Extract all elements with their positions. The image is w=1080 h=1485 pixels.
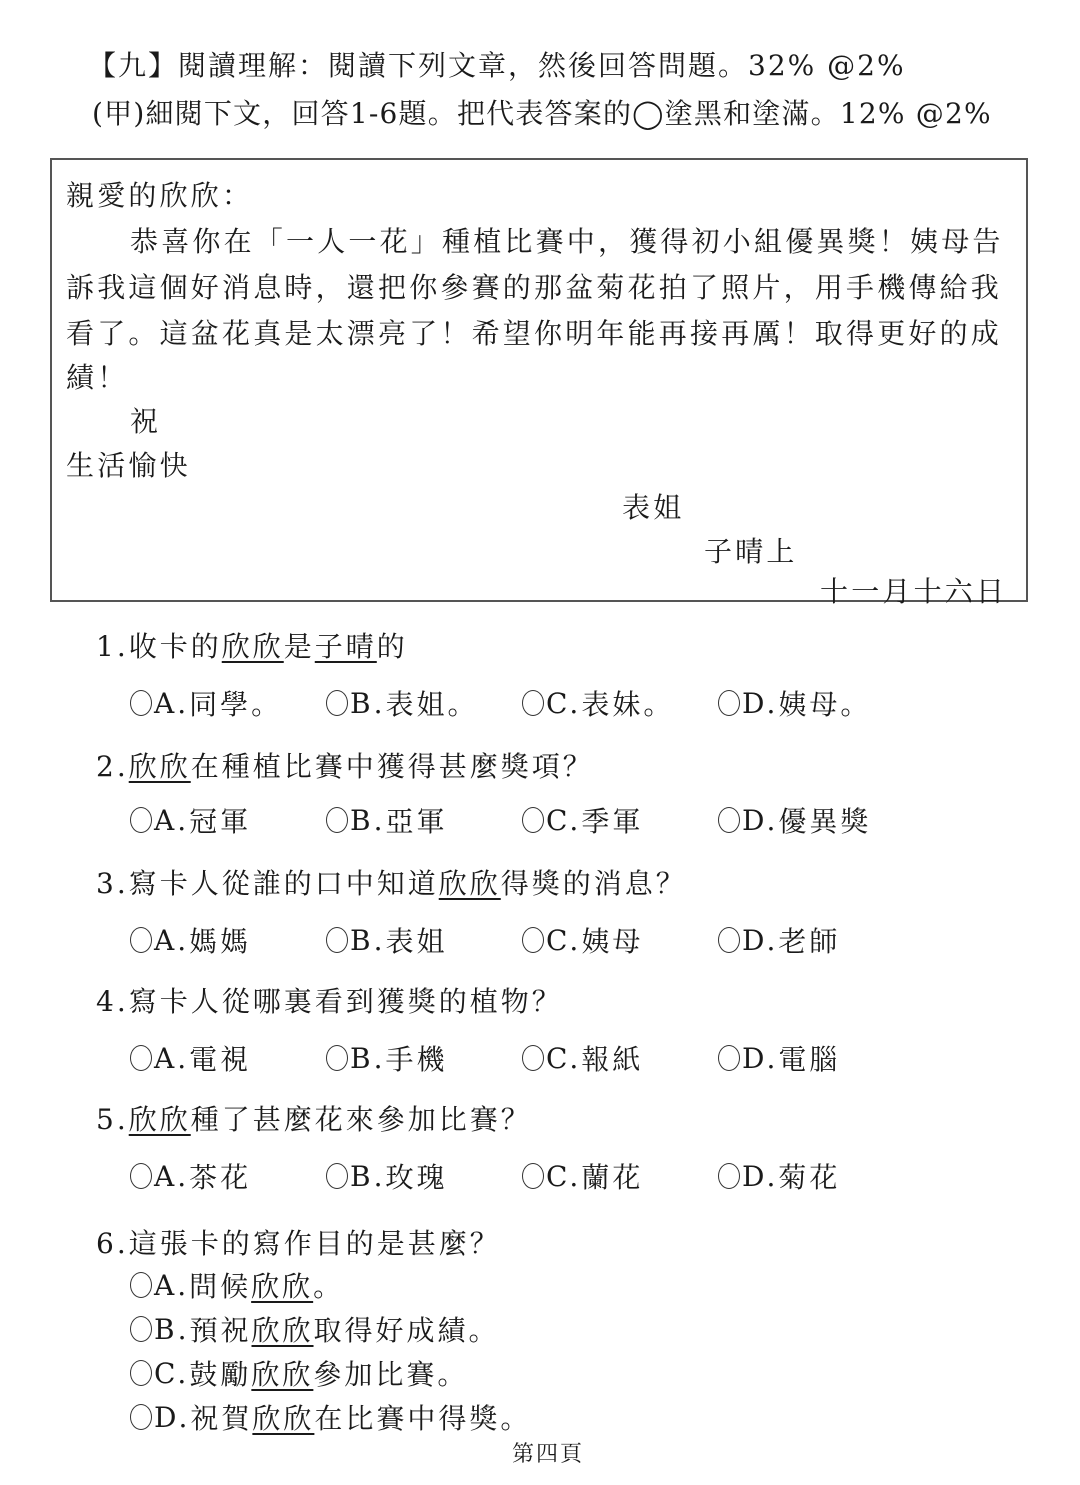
question-5-option-d[interactable]: D.菊花 bbox=[718, 1156, 840, 1196]
question-1-option-b[interactable]: B.表姐。 bbox=[326, 683, 479, 723]
question-3-option-a[interactable]: A.媽媽 bbox=[130, 920, 251, 960]
question-text-part: 種了甚麼花來參加比賽？ bbox=[191, 1103, 532, 1136]
underlined-name: 欣欣 bbox=[252, 1309, 314, 1349]
option-text: 問候 bbox=[189, 1265, 251, 1305]
option-text: 姨母。 bbox=[778, 683, 871, 723]
question-1-option-a[interactable]: A.同學。 bbox=[130, 683, 282, 723]
option-letter: D. bbox=[742, 924, 778, 957]
option-letter: D. bbox=[742, 804, 778, 837]
question-6-option-d[interactable]: D.祝賀欣欣在比賽中得獎。 bbox=[130, 1397, 531, 1437]
option-text: 報紙 bbox=[581, 1038, 643, 1078]
section-subtitle: (甲)細閱下文，回答1-6題。把代表答案的◯塗黑和塗滿。12% @2% bbox=[92, 92, 992, 132]
option-text: 玫瑰 bbox=[385, 1156, 447, 1196]
underlined-name: 欣欣 bbox=[129, 750, 191, 783]
question-4-option-b[interactable]: B.手機 bbox=[326, 1038, 448, 1078]
option-letter: B. bbox=[154, 1313, 189, 1346]
option-text: 同學。 bbox=[189, 683, 282, 723]
answer-bubble-icon[interactable] bbox=[522, 927, 544, 953]
question-text-part: 這張卡的寫作目的是甚麼？ bbox=[129, 1227, 501, 1260]
option-text: 預祝 bbox=[189, 1309, 251, 1349]
answer-bubble-icon[interactable] bbox=[326, 807, 348, 833]
option-text: 老師 bbox=[778, 920, 840, 960]
question-5-option-a[interactable]: A.茶花 bbox=[130, 1156, 251, 1196]
option-letter: D. bbox=[154, 1401, 190, 1434]
letter-closing-2: 生活愉快 bbox=[66, 444, 191, 484]
answer-bubble-icon[interactable] bbox=[326, 1163, 348, 1189]
letter-salutation: 親愛的欣欣： bbox=[66, 174, 253, 214]
answer-bubble-icon[interactable] bbox=[130, 1045, 152, 1071]
answer-bubble-icon[interactable] bbox=[522, 1163, 544, 1189]
option-letter: C. bbox=[546, 924, 581, 957]
question-3-option-d[interactable]: D.老師 bbox=[718, 920, 840, 960]
option-letter: A. bbox=[154, 1160, 189, 1193]
answer-bubble-icon[interactable] bbox=[130, 690, 152, 716]
option-text: 菊花 bbox=[778, 1156, 840, 1196]
option-letter: A. bbox=[154, 804, 189, 837]
option-letter: B. bbox=[350, 687, 385, 720]
option-letter: B. bbox=[350, 1042, 385, 1075]
question-text-part: 在種植比賽中獲得甚麼獎項？ bbox=[191, 750, 594, 783]
option-text: 季軍 bbox=[581, 800, 643, 840]
option-text: 鼓勵 bbox=[189, 1353, 251, 1393]
letter-relation: 表姐 bbox=[622, 486, 684, 526]
answer-bubble-icon[interactable] bbox=[718, 807, 740, 833]
answer-bubble-icon[interactable] bbox=[718, 1163, 740, 1189]
option-text: 表妹。 bbox=[581, 683, 674, 723]
question-6-option-a[interactable]: A.問候欣欣。 bbox=[130, 1265, 344, 1305]
option-letter: D. bbox=[742, 687, 778, 720]
answer-bubble-icon[interactable] bbox=[130, 1316, 152, 1342]
question-text-part: 寫卡人從哪裏看到獲獎的植物？ bbox=[129, 985, 563, 1018]
answer-bubble-icon[interactable] bbox=[326, 1045, 348, 1071]
question-number: 5. bbox=[96, 1103, 129, 1136]
option-text: 祝賀 bbox=[190, 1397, 252, 1437]
question-1-text: 1.收卡的欣欣是子晴的 bbox=[96, 625, 408, 665]
section-title: 【九】閱讀理解：閱讀下列文章，然後回答問題。32% @2% bbox=[88, 44, 906, 84]
question-text-part: 收卡的 bbox=[129, 630, 222, 663]
option-text: 冠軍 bbox=[189, 800, 251, 840]
question-text-part: 得獎的消息？ bbox=[501, 867, 687, 900]
answer-bubble-icon[interactable] bbox=[326, 927, 348, 953]
option-letter: B. bbox=[350, 924, 385, 957]
answer-bubble-icon[interactable] bbox=[522, 807, 544, 833]
answer-bubble-icon[interactable] bbox=[718, 1045, 740, 1071]
letter-line-4: 績！ bbox=[66, 356, 128, 396]
letter-date: 十一月十六日 bbox=[820, 570, 1007, 610]
option-letter: D. bbox=[742, 1042, 778, 1075]
question-3-text: 3.寫卡人從誰的口中知道欣欣得獎的消息？ bbox=[96, 862, 687, 902]
question-text-part: 是 bbox=[284, 630, 315, 663]
option-letter: A. bbox=[154, 687, 189, 720]
option-letter: C. bbox=[154, 1357, 189, 1390]
answer-bubble-icon[interactable] bbox=[130, 1404, 152, 1430]
underlined-name: 欣欣 bbox=[251, 1353, 313, 1393]
answer-bubble-icon[interactable] bbox=[718, 927, 740, 953]
answer-bubble-icon[interactable] bbox=[130, 927, 152, 953]
question-text-part: 的 bbox=[377, 630, 408, 663]
question-5-text: 5.欣欣種了甚麼花來參加比賽？ bbox=[96, 1098, 532, 1138]
option-text: 參加比賽。 bbox=[313, 1353, 468, 1393]
question-text-part: 寫卡人從誰的口中知道 bbox=[129, 867, 439, 900]
underlined-name: 欣欣 bbox=[222, 630, 284, 663]
answer-bubble-icon[interactable] bbox=[130, 1163, 152, 1189]
question-2-option-d[interactable]: D.優異獎 bbox=[718, 800, 871, 840]
question-number: 2. bbox=[96, 750, 129, 783]
letter-closing-1: 祝 bbox=[130, 400, 161, 440]
option-letter: A. bbox=[154, 924, 189, 957]
page-number: 第四頁 bbox=[512, 1437, 584, 1468]
question-1-option-d[interactable]: D.姨母。 bbox=[718, 683, 871, 723]
question-4-text: 4.寫卡人從哪裏看到獲獎的植物？ bbox=[96, 980, 563, 1020]
underlined-name: 子晴 bbox=[315, 630, 377, 663]
question-4-option-c[interactable]: C.報紙 bbox=[522, 1038, 643, 1078]
letter-line-1: 恭喜你在「一人一花」種植比賽中，獲得初小組優異獎！姨母告 bbox=[130, 220, 1004, 260]
option-text: 亞軍 bbox=[385, 800, 447, 840]
question-4-option-d[interactable]: D.電腦 bbox=[718, 1038, 840, 1078]
option-letter: D. bbox=[742, 1160, 778, 1193]
letter-line-3: 看了。這盆花真是太漂亮了！希望你明年能再接再厲！取得更好的成 bbox=[66, 312, 1002, 352]
question-1-option-c[interactable]: C.表妹。 bbox=[522, 683, 674, 723]
option-text: 電視 bbox=[189, 1038, 251, 1078]
option-text: 茶花 bbox=[189, 1156, 251, 1196]
question-2-option-b[interactable]: B.亞軍 bbox=[326, 800, 448, 840]
question-number: 1. bbox=[96, 630, 129, 663]
option-text: 。 bbox=[313, 1265, 344, 1305]
underlined-name: 欣欣 bbox=[251, 1265, 313, 1305]
letter-line-2: 訴我這個好消息時，還把你參賽的那盆菊花拍了照片，用手機傳給我 bbox=[66, 266, 1002, 306]
question-5-option-b[interactable]: B.玫瑰 bbox=[326, 1156, 448, 1196]
underlined-name: 欣欣 bbox=[252, 1397, 314, 1437]
question-2-option-a[interactable]: A.冠軍 bbox=[130, 800, 251, 840]
question-4-option-a[interactable]: A.電視 bbox=[130, 1038, 251, 1078]
option-text: 在比賽中得獎。 bbox=[314, 1397, 531, 1437]
option-text: 優異獎 bbox=[778, 800, 871, 840]
option-text: 取得好成績。 bbox=[314, 1309, 500, 1349]
option-letter: C. bbox=[546, 1042, 581, 1075]
option-letter: C. bbox=[546, 687, 581, 720]
question-number: 4. bbox=[96, 985, 129, 1018]
answer-bubble-icon[interactable] bbox=[718, 690, 740, 716]
question-number: 6. bbox=[96, 1227, 129, 1260]
option-letter: C. bbox=[546, 804, 581, 837]
option-letter: B. bbox=[350, 804, 385, 837]
answer-bubble-icon[interactable] bbox=[130, 1360, 152, 1386]
underlined-name: 欣欣 bbox=[129, 1103, 191, 1136]
answer-bubble-icon[interactable] bbox=[326, 690, 348, 716]
option-letter: A. bbox=[154, 1042, 189, 1075]
answer-bubble-icon[interactable] bbox=[522, 690, 544, 716]
question-5-option-c[interactable]: C.蘭花 bbox=[522, 1156, 643, 1196]
question-number: 3. bbox=[96, 867, 129, 900]
question-6-option-c[interactable]: C.鼓勵欣欣參加比賽。 bbox=[130, 1353, 468, 1393]
option-letter: C. bbox=[546, 1160, 581, 1193]
option-text: 蘭花 bbox=[581, 1156, 643, 1196]
question-6-text: 6.這張卡的寫作目的是甚麼？ bbox=[96, 1222, 501, 1262]
question-2-option-c[interactable]: C.季軍 bbox=[522, 800, 643, 840]
question-6-option-b[interactable]: B.預祝欣欣取得好成績。 bbox=[130, 1309, 500, 1349]
letter-box: 親愛的欣欣： 恭喜你在「一人一花」種植比賽中，獲得初小組優異獎！姨母告 訴我這個… bbox=[50, 158, 1028, 602]
underlined-name: 欣欣 bbox=[439, 867, 501, 900]
question-2-text: 2.欣欣在種植比賽中獲得甚麼獎項？ bbox=[96, 745, 594, 785]
option-text: 表姐。 bbox=[385, 683, 478, 723]
option-text: 媽媽 bbox=[189, 920, 251, 960]
answer-bubble-icon[interactable] bbox=[130, 1272, 152, 1298]
option-letter: A. bbox=[154, 1269, 189, 1302]
question-3-option-c[interactable]: C.姨母 bbox=[522, 920, 643, 960]
option-text: 表姐 bbox=[385, 920, 447, 960]
letter-signature: 子晴上 bbox=[704, 530, 798, 570]
option-text: 手機 bbox=[385, 1038, 447, 1078]
question-3-option-b[interactable]: B.表姐 bbox=[326, 920, 448, 960]
option-text: 姨母 bbox=[581, 920, 643, 960]
option-letter: B. bbox=[350, 1160, 385, 1193]
answer-bubble-icon[interactable] bbox=[130, 807, 152, 833]
option-text: 電腦 bbox=[778, 1038, 840, 1078]
answer-bubble-icon[interactable] bbox=[522, 1045, 544, 1071]
